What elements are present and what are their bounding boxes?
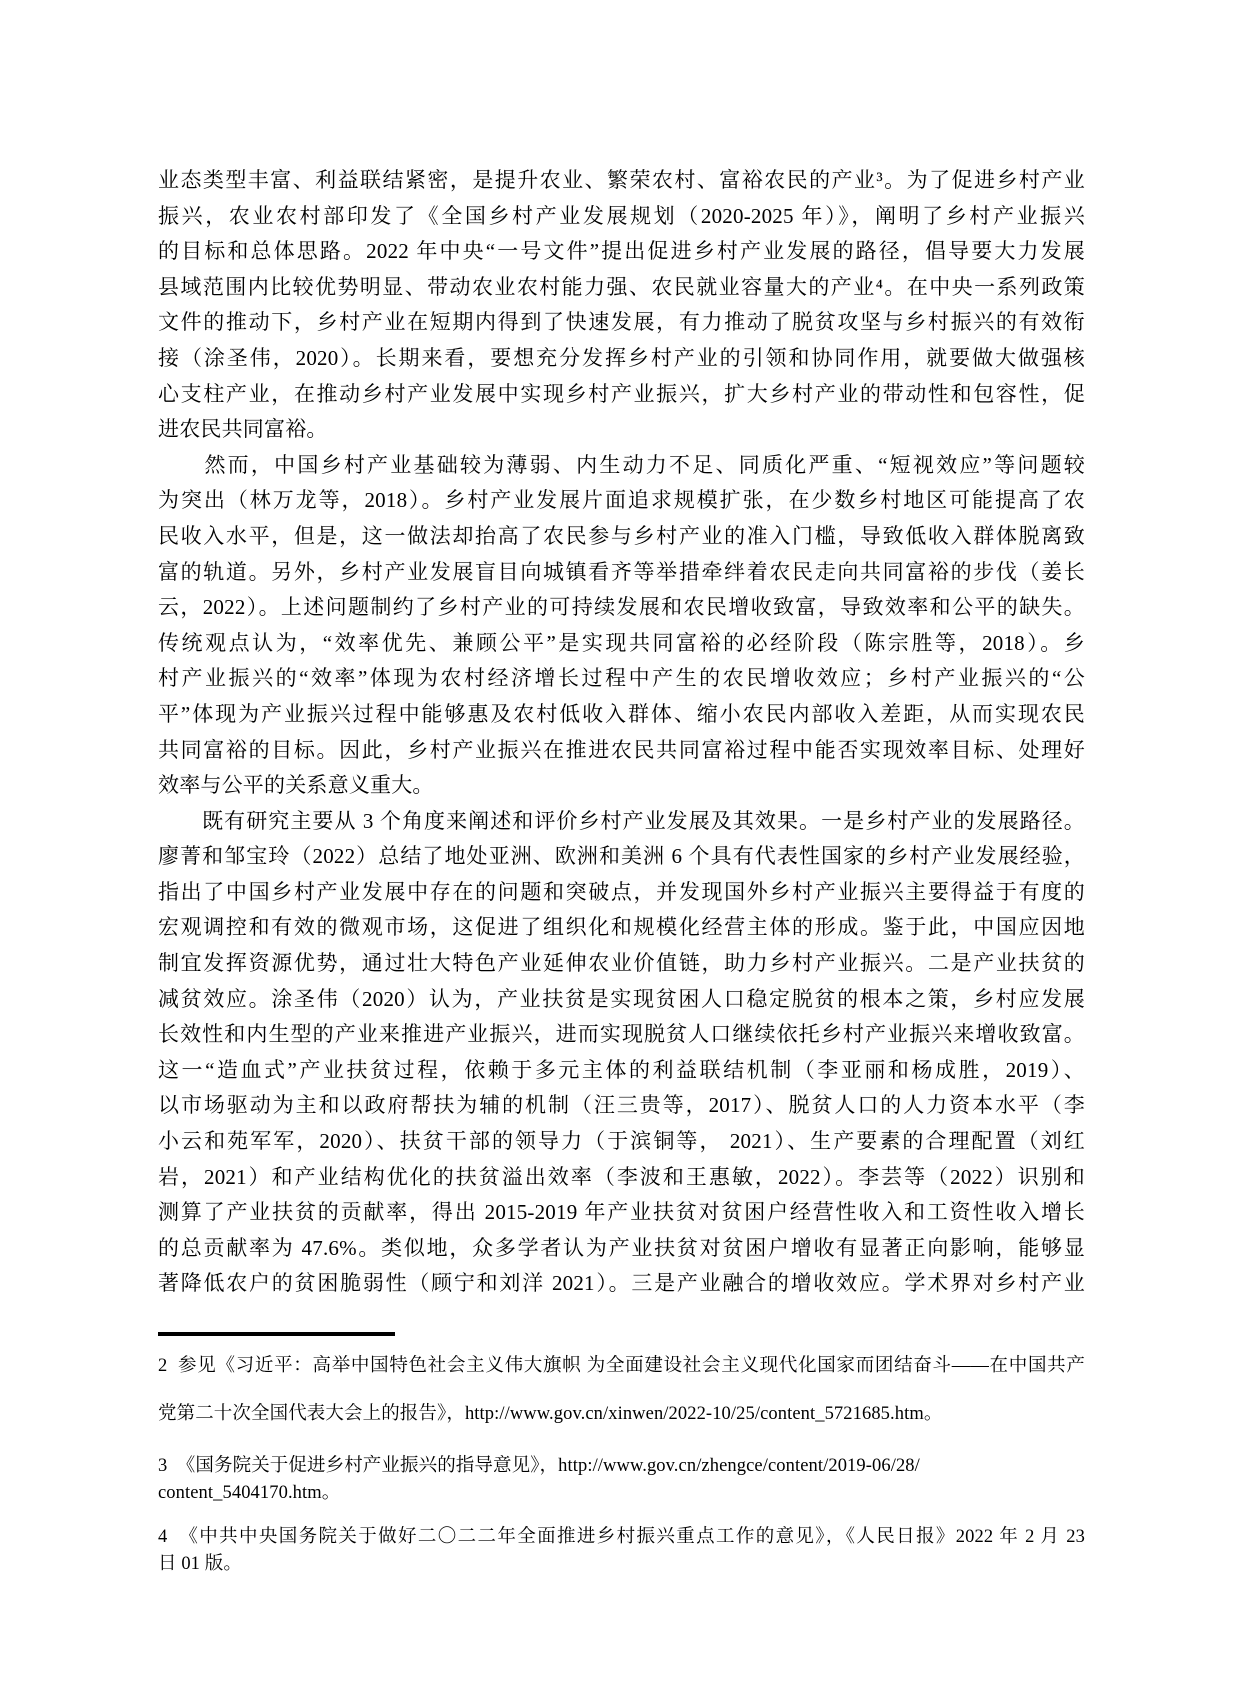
text-line: 文件的推动下，乡村产业在短期内得到了快速发展，有力推动了脱贫攻坚与乡村振兴的有效… xyxy=(158,305,1085,341)
page-content: 业态类型丰富、利益联结紧密，是提升农业、繁荣农村、富裕农民的产业³。为了促进乡村… xyxy=(158,163,1085,1578)
text-line: 著降低农户的贫困脆弱性（顾宁和刘洋 2021）。三是产业融合的增收效应。学术界对… xyxy=(158,1266,1085,1302)
text-line: 为突出（林万龙等，2018）。乡村产业发展片面追求规模扩张，在少数乡村地区可能提… xyxy=(158,483,1085,519)
text-line: 共同富裕的目标。因此，乡村产业振兴在推进农民共同富裕过程中能否实现效率目标、处理… xyxy=(158,733,1085,769)
text-line: 测算了产业扶贫的贡献率，得出 2015-2019 年产业扶贫对贫困户经营性收入和… xyxy=(158,1195,1085,1231)
footnote-line: 2 参见《习近平：高举中国特色社会主义伟大旗帜 为全面建设社会主义现代化国家而团… xyxy=(158,1342,1085,1390)
text-line: 村产业振兴的“效率”体现为农村经济增长过程中产生的农民增收效应；乡村产业振兴的“… xyxy=(158,661,1085,697)
footnote-2: 2 参见《习近平：高举中国特色社会主义伟大旗帜 为全面建设社会主义现代化国家而团… xyxy=(158,1342,1085,1438)
text-line: 传统观点认为，“效率优先、兼顾公平”是实现共同富裕的必经阶段（陈宗胜等，2018… xyxy=(158,626,1085,662)
text-line: 小云和苑军军，2020）、扶贫干部的领导力（于滨铜等， 2021）、生产要素的合… xyxy=(158,1124,1085,1160)
footnote-line: 党第二十次全国代表大会上的报告》，http://www.gov.cn/xinwe… xyxy=(158,1390,1085,1438)
footnote-separator xyxy=(158,1332,395,1336)
footnote-line: 4 《中共中央国务院关于做好二〇二二年全面推进乡村振兴重点工作的意见》，《人民日… xyxy=(158,1524,1085,1551)
text-line: 效率与公平的关系意义重大。 xyxy=(158,768,1085,804)
text-line: 既有研究主要从 3 个角度来阐述和评价乡村产业发展及其效果。一是乡村产业的发展路… xyxy=(158,804,1085,840)
footnotes-section: 2 参见《习近平：高举中国特色社会主义伟大旗帜 为全面建设社会主义现代化国家而团… xyxy=(158,1332,1085,1578)
text-line: 以市场驱动为主和以政府帮扶为辅的机制（汪三贵等，2017）、脱贫人口的人力资本水… xyxy=(158,1088,1085,1124)
text-line: 的总贡献率为 47.6%。类似地，众多学者认为产业扶贫对贫困户增收有显著正向影响… xyxy=(158,1231,1085,1267)
text-line: 宏观调控和有效的微观市场，这促进了组织化和规模化经营主体的形成。鉴于此，中国应因… xyxy=(158,910,1085,946)
footnote-3: 3 《国务院关于促进乡村产业振兴的指导意见》，http://www.gov.cn… xyxy=(158,1453,1085,1507)
text-line: 平”体现为产业振兴过程中能够惠及农村低收入群体、缩小农民内部收入差距，从而实现农… xyxy=(158,697,1085,733)
text-line: 减贫效应。涂圣伟（2020）认为，产业扶贫是实现贫困人口稳定脱贫的根本之策，乡村… xyxy=(158,982,1085,1018)
text-line: 的目标和总体思路。2022 年中央“一号文件”提出促进乡村产业发展的路径，倡导要… xyxy=(158,234,1085,270)
text-line: 业态类型丰富、利益联结紧密，是提升农业、繁荣农村、富裕农民的产业³。为了促进乡村… xyxy=(158,163,1085,199)
text-line: 长效性和内生型的产业来推进产业振兴，进而实现脱贫人口继续依托乡村产业振兴来增收致… xyxy=(158,1017,1085,1053)
paragraph-1: 业态类型丰富、利益联结紧密，是提升农业、繁荣农村、富裕农民的产业³。为了促进乡村… xyxy=(158,163,1085,448)
text-line: 云，2022）。上述问题制约了乡村产业的可持续发展和农民增收致富，导致效率和公平… xyxy=(158,590,1085,626)
text-line: 振兴，农业农村部印发了《全国乡村产业发展规划（2020-2025 年）》，阐明了… xyxy=(158,199,1085,235)
text-line: 县域范围内比较优势明显、带动农业农村能力强、农民就业容量大的产业⁴。在中央一系列… xyxy=(158,270,1085,306)
text-line: 岩，2021）和产业结构优化的扶贫溢出效率（李波和王惠敏，2022）。李芸等（2… xyxy=(158,1160,1085,1196)
text-line: 制宜发挥资源优势，通过壮大特色产业延伸农业价值链，助力乡村产业振兴。二是产业扶贫… xyxy=(158,946,1085,982)
text-line: 廖菁和邹宝玲（2022）总结了地处亚洲、欧洲和美洲 6 个具有代表性国家的乡村产… xyxy=(158,839,1085,875)
footnote-line: 3 《国务院关于促进乡村产业振兴的指导意见》，http://www.gov.cn… xyxy=(158,1453,1085,1480)
paragraph-2: 然而，中国乡村产业基础较为薄弱、内生动力不足、同质化严重、“短视效应”等问题较 … xyxy=(158,448,1085,804)
footnote-4: 4 《中共中央国务院关于做好二〇二二年全面推进乡村振兴重点工作的意见》，《人民日… xyxy=(158,1524,1085,1578)
text-line: 这一“造血式”产业扶贫过程，依赖于多元主体的利益联结机制（李亚丽和杨成胜，201… xyxy=(158,1053,1085,1089)
text-line: 指出了中国乡村产业发展中存在的问题和突破点，并发现国外乡村产业振兴主要得益于有度… xyxy=(158,875,1085,911)
text-line: 接（涂圣伟，2020）。长期来看，要想充分发挥乡村产业的引领和协同作用，就要做大… xyxy=(158,341,1085,377)
text-line: 然而，中国乡村产业基础较为薄弱、内生动力不足、同质化严重、“短视效应”等问题较 xyxy=(158,448,1085,484)
text-line: 进农民共同富裕。 xyxy=(158,412,1085,448)
text-line: 富的轨道。另外，乡村产业发展盲目向城镇看齐等举措牵绊着农民走向共同富裕的步伐（姜… xyxy=(158,555,1085,591)
text-line: 心支柱产业，在推动乡村产业发展中实现乡村产业振兴，扩大乡村产业的带动性和包容性，… xyxy=(158,377,1085,413)
footnote-line: 日 01 版。 xyxy=(158,1551,1085,1578)
document-page: 业态类型丰富、利益联结紧密，是提升农业、繁荣农村、富裕农民的产业³。为了促进乡村… xyxy=(0,0,1240,1683)
text-line: 民收入水平，但是，这一做法却抬高了农民参与乡村产业的准入门槛，导致低收入群体脱离… xyxy=(158,519,1085,555)
paragraph-3: 既有研究主要从 3 个角度来阐述和评价乡村产业发展及其效果。一是乡村产业的发展路… xyxy=(158,804,1085,1302)
footnote-line: content_5404170.htm。 xyxy=(158,1480,1085,1507)
